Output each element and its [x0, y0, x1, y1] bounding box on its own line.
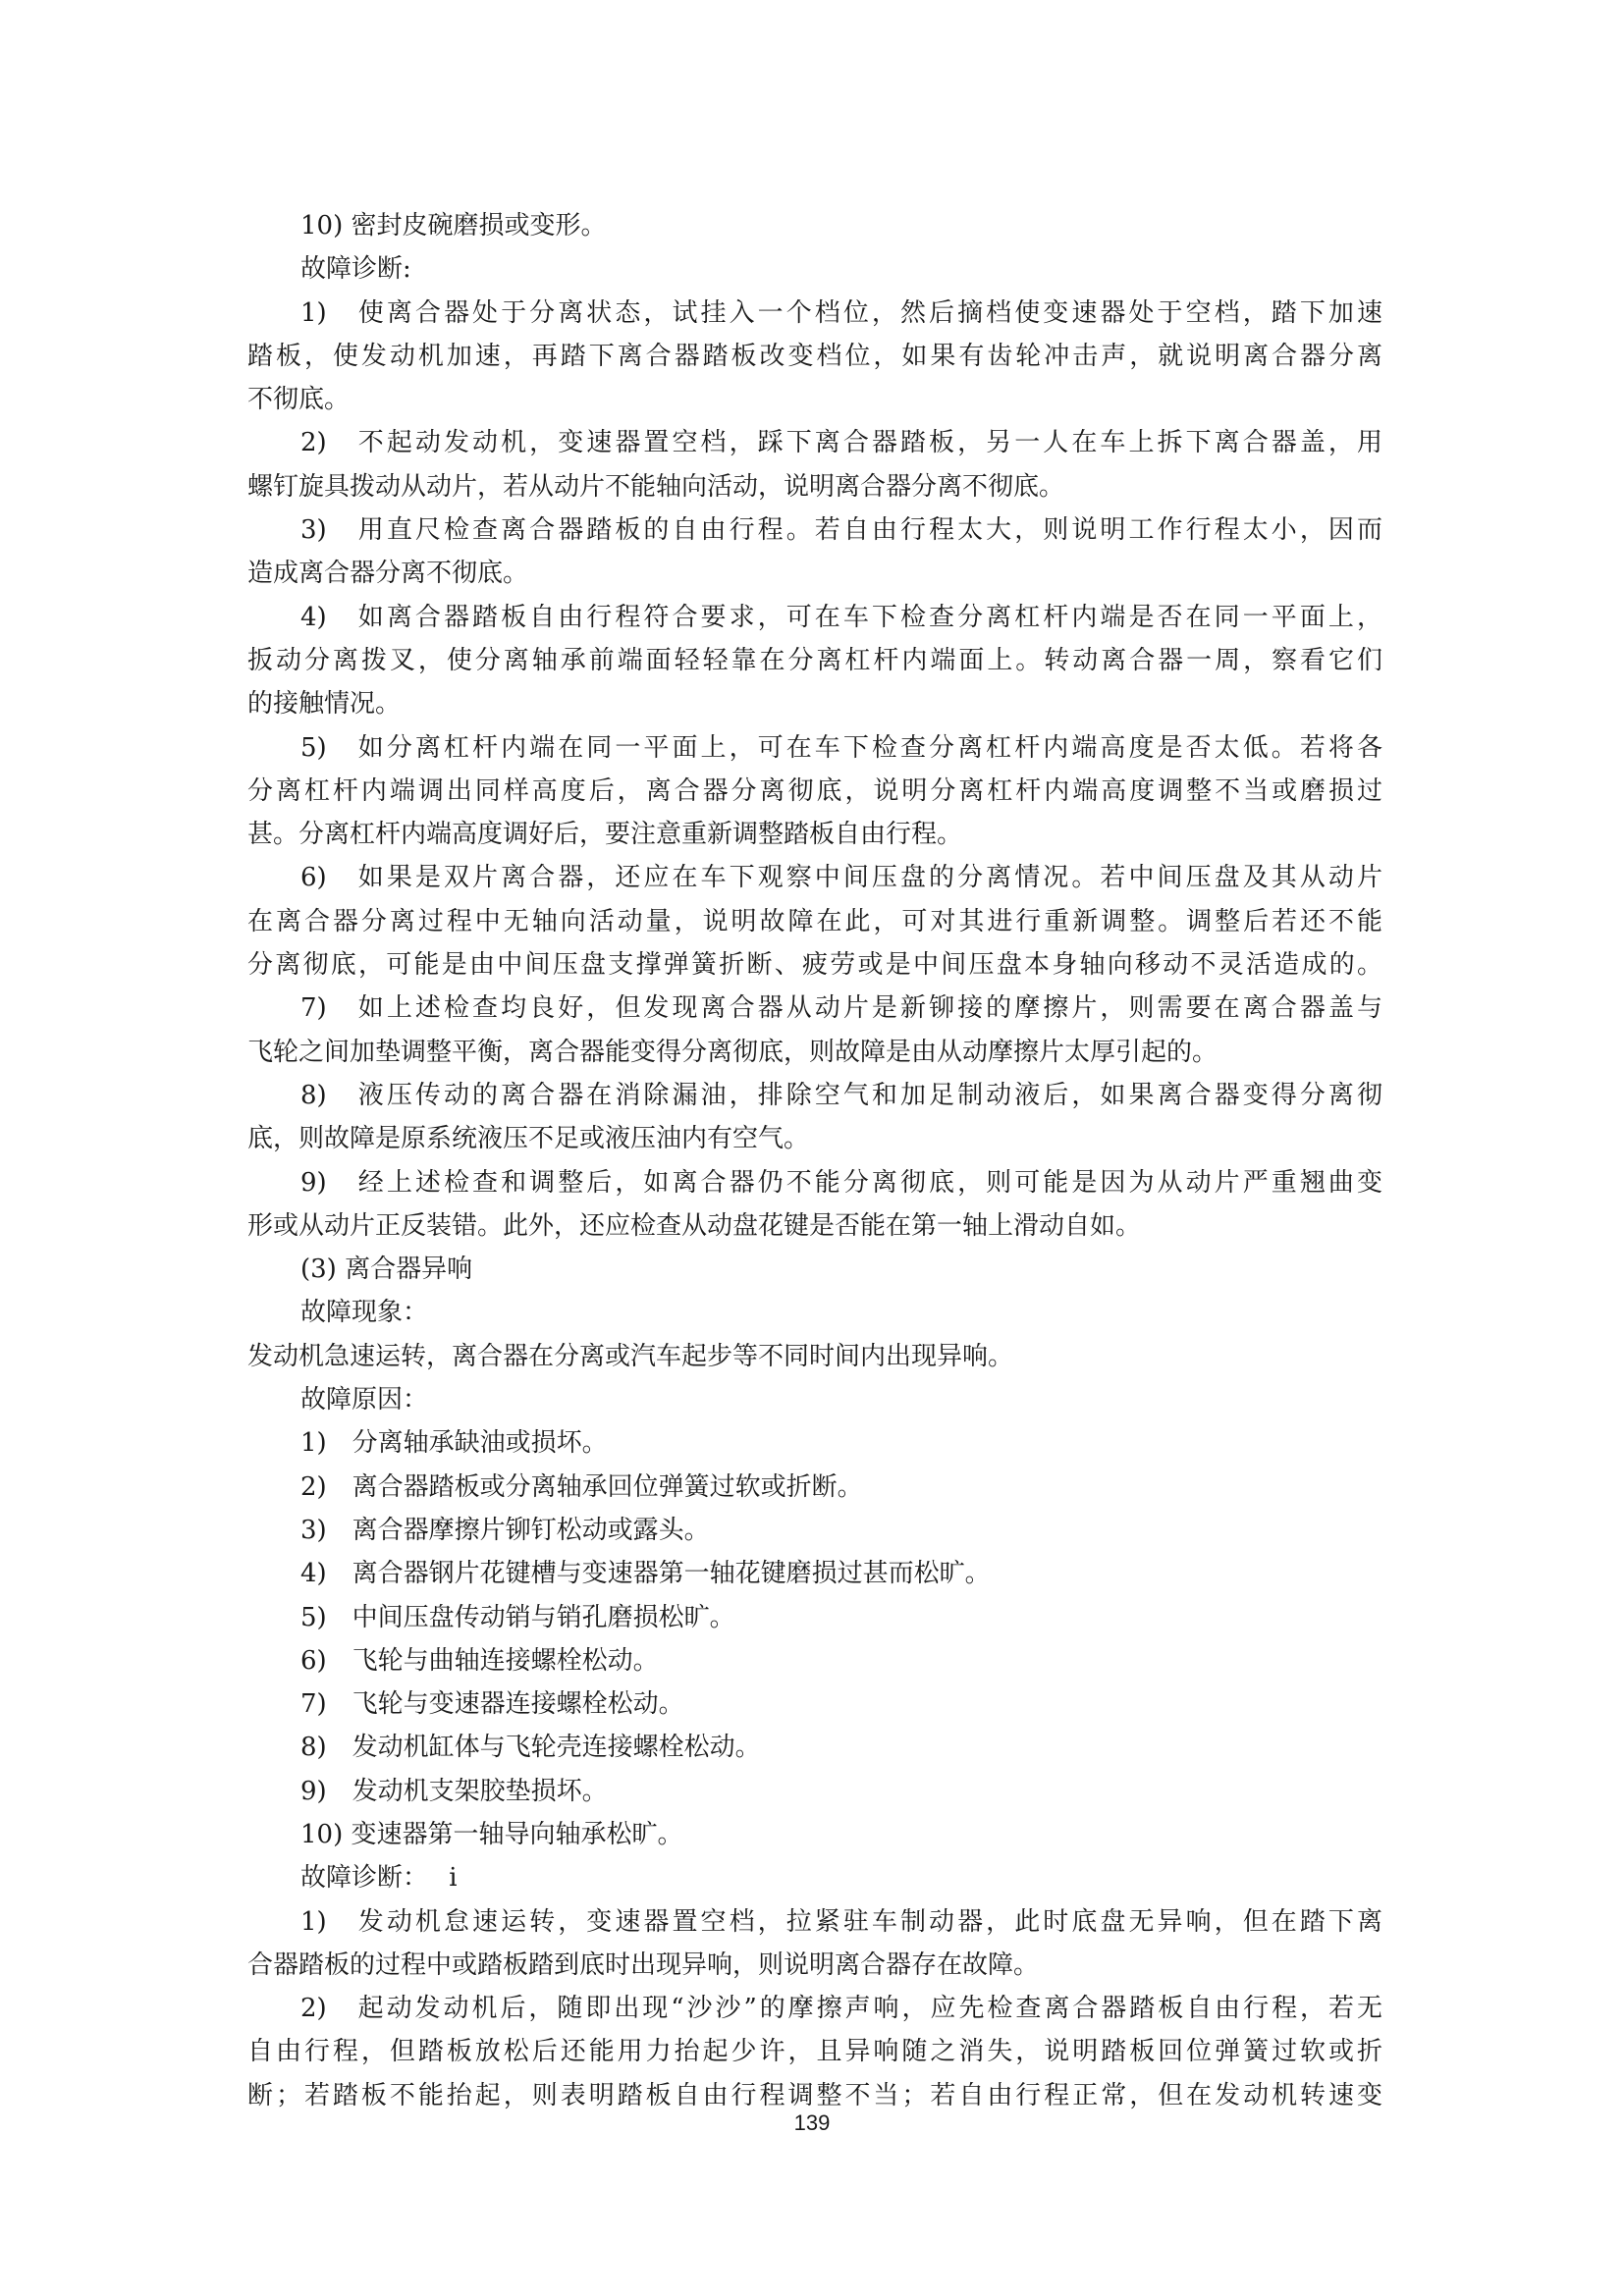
text-line: 合器踏板的过程中或踏板踏到底时出现异响，则说明离合器存在故障。 [247, 1944, 1382, 1987]
text-line: 8) 液压传动的离合器在消除漏油，排除空气和加足制动液后，如果离合器变得分离彻 [247, 1074, 1382, 1117]
text-line: 底，则故障是原系统液压不足或液压油内有空气。 [247, 1117, 1382, 1160]
text-line: 1) 使离合器处于分离状态，试挂入一个档位，然后摘档使变速器处于空档，踏下加速 [247, 292, 1382, 335]
text-line: 飞轮之间加垫调整平衡，离合器能变得分离彻底，则故障是由从动摩擦片太厚引起的。 [247, 1031, 1382, 1074]
text-line: 6) 如果是双片离合器，还应在车下观察中间压盘的分离情况。若中间压盘及其从动片 [247, 856, 1382, 899]
text-line: 2) 不起动发动机，变速器置空档，踩下离合器踏板，另一人在车上拆下离合器盖，用 [247, 421, 1382, 464]
document-body: 10) 密封皮碗磨损或变形。故障诊断:1) 使离合器处于分离状态，试挂入一个档位… [247, 204, 1382, 2117]
text-line: 2) 起动发动机后，随即出现“沙沙”的摩擦声响，应先检查离合器踏板自由行程，若无 [247, 1987, 1382, 2030]
text-line: 甚。分离杠杆内端高度调好后，要注意重新调整踏板自由行程。 [247, 813, 1382, 856]
text-line: 故障现象： [247, 1291, 1382, 1334]
text-line: 自由行程，但踏板放松后还能用力抬起少许，且异响随之消失，说明踏板回位弹簧过软或折 [247, 2030, 1382, 2073]
text-line: 7) 飞轮与变速器连接螺栓松动。 [247, 1682, 1382, 1726]
text-line: 2) 离合器踏板或分离轴承回位弹簧过软或折断。 [247, 1466, 1382, 1509]
text-line: 10) 变速器第一轴导向轴承松旷。 [247, 1813, 1382, 1856]
text-line: 故障诊断： i [247, 1856, 1382, 1899]
text-line: 的接触情况。 [247, 682, 1382, 725]
text-line: (3) 离合器异响 [247, 1248, 1382, 1291]
text-line: 4) 如离合器踏板自由行程符合要求，可在车下检查分离杠杆内端是否在同一平面上， [247, 596, 1382, 639]
text-line: 螺钉旋具拨动从动片，若从动片不能轴向活动，说明离合器分离不彻底。 [247, 465, 1382, 508]
text-line: 6) 飞轮与曲轴连接螺栓松动。 [247, 1639, 1382, 1682]
text-line: 1) 发动机怠速运转，变速器置空档，拉紧驻车制动器，此时底盘无异响，但在踏下离 [247, 1900, 1382, 1944]
text-line: 4) 离合器钢片花键槽与变速器第一轴花键磨损过甚而松旷。 [247, 1552, 1382, 1595]
text-line: 5) 中间压盘传动销与销孔磨损松旷。 [247, 1596, 1382, 1639]
text-line: 分离杠杆内端调出同样高度后，离合器分离彻底，说明分离杠杆内端高度调整不当或磨损过 [247, 770, 1382, 813]
text-line: 3) 离合器摩擦片铆钉松动或露头。 [247, 1509, 1382, 1552]
text-line: 在离合器分离过程中无轴向活动量，说明故障在此，可对其进行重新调整。调整后若还不能 [247, 900, 1382, 943]
text-line: 踏板，使发动机加速，再踏下离合器踏板改变档位，如果有齿轮冲击声，就说明离合器分离 [247, 335, 1382, 378]
text-line: 3) 用直尺检查离合器踏板的自由行程。若自由行程太大，则说明工作行程太小，因而 [247, 508, 1382, 552]
text-line: 5) 如分离杠杆内端在同一平面上，可在车下检查分离杠杆内端高度是否太低。若将各 [247, 726, 1382, 770]
text-line: 故障原因： [247, 1378, 1382, 1421]
text-line: 不彻底。 [247, 378, 1382, 421]
text-line: 造成离合器分离不彻底。 [247, 552, 1382, 595]
text-line: 1) 分离轴承缺油或损坏。 [247, 1421, 1382, 1465]
text-line: 10) 密封皮碗磨损或变形。 [247, 204, 1382, 247]
text-line: 故障诊断: [247, 247, 1382, 291]
text-line: 9) 发动机支架胶垫损坏。 [247, 1770, 1382, 1813]
text-line: 发动机急速运转，离合器在分离或汽车起步等不同时间内出现异响。 [247, 1335, 1382, 1378]
text-line: 7) 如上述检查均良好，但发现离合器从动片是新铆接的摩擦片，则需要在离合器盖与 [247, 987, 1382, 1030]
text-line: 扳动分离拨叉，使分离轴承前端面轻轻靠在分离杠杆内端面上。转动离合器一周，察看它们 [247, 639, 1382, 682]
text-line: 9) 经上述检查和调整后，如离合器仍不能分离彻底，则可能是因为从动片严重翘曲变 [247, 1161, 1382, 1204]
text-line: 形或从动片正反装错。此外，还应检查从动盘花键是否能在第一轴上滑动自如。 [247, 1204, 1382, 1248]
text-line: 8) 发动机缸体与飞轮壳连接螺栓松动。 [247, 1726, 1382, 1769]
page-number: 139 [0, 2110, 1624, 2136]
text-line: 分离彻底，可能是由中间压盘支撑弹簧折断、疲劳或是中间压盘本身轴向移动不灵活造成的… [247, 943, 1382, 987]
